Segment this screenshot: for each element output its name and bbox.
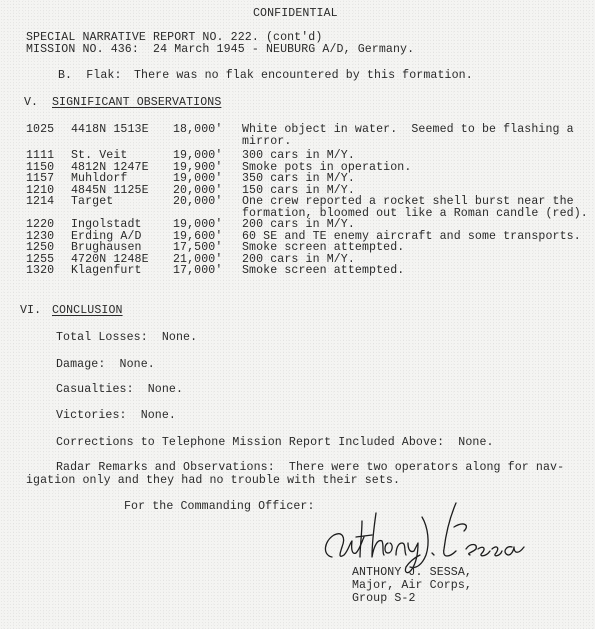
flak-label: B. Flak: <box>58 70 122 82</box>
observation-description: White object in water. Seemed to be flas… <box>242 124 574 136</box>
document-page: CONFIDENTIAL SPECIAL NARRATIVE REPORT NO… <box>0 0 595 629</box>
observation-time: 1320 <box>26 265 54 277</box>
observation-altitude: 18,000' <box>173 124 222 136</box>
section-v-title: SIGNIFICANT OBSERVATIONS <box>52 97 221 109</box>
observation-location: Target <box>71 196 113 208</box>
observation-altitude: 17,000' <box>173 265 222 277</box>
section-vi-numeral: VI. <box>20 305 41 317</box>
radar-remarks-line2: igation only and they had no trouble wit… <box>26 475 400 487</box>
signatory-rank: Major, Air Corps, <box>352 580 472 592</box>
flak-text: There was no flak encountered by this fo… <box>134 70 473 82</box>
observation-location: Klagenfurt <box>71 265 142 277</box>
conclusion-corrections: Corrections to Telephone Mission Report … <box>56 437 494 449</box>
conclusion-victories: Victories: None. <box>56 410 176 422</box>
observation-description: mirror. <box>242 136 291 148</box>
observation-location: 4418N 1513E <box>71 124 149 136</box>
section-v-numeral: V. <box>24 97 38 109</box>
observation-time: 1214 <box>26 196 54 208</box>
mission-line: MISSION NO. 436: 24 March 1945 - NEUBURG… <box>26 44 414 56</box>
section-vi-title: CONCLUSION <box>52 305 123 317</box>
conclusion-damage: Damage: None. <box>56 359 155 371</box>
radar-remarks-line1: Radar Remarks and Observations: There we… <box>56 462 564 474</box>
handwritten-signature <box>318 497 528 577</box>
classification-header: CONFIDENTIAL <box>253 8 338 20</box>
conclusion-total-losses: Total Losses: None. <box>56 332 197 344</box>
signatory-unit: Group S-2 <box>352 593 416 605</box>
observation-description: Smoke screen attempted. <box>242 265 404 277</box>
observation-altitude: 20,000' <box>173 196 222 208</box>
observation-time: 1025 <box>26 124 54 136</box>
signatory-name: ANTHONY J. SESSA, <box>352 567 472 579</box>
conclusion-casualties: Casualties: None. <box>56 384 183 396</box>
closing-line: For the Commanding Officer: <box>124 501 315 513</box>
